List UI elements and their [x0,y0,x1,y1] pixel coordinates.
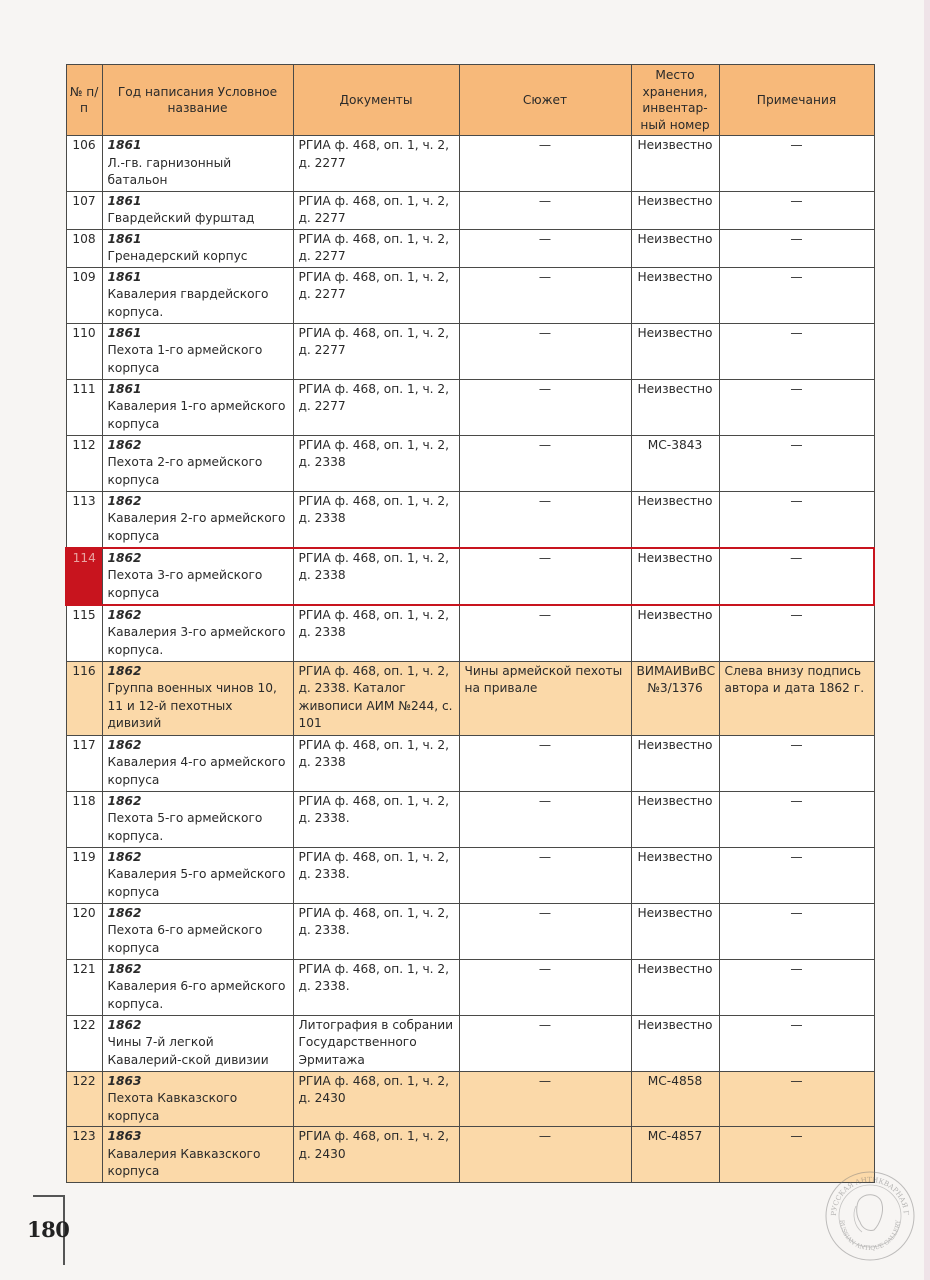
row-year: 1861 [108,325,288,343]
row-notes: Слева внизу подпись автора и дата 1862 г… [719,661,874,735]
row-year-title: 1862Кавалерия 4-го армейского корпуса [102,735,293,791]
row-year: 1862 [108,793,288,811]
row-documents: РГИА ф. 468, оп. 1, ч. 2, д. 2338 [293,491,459,548]
row-documents: РГИА ф. 468, оп. 1, ч. 2, д. 2338 [293,735,459,791]
row-title: Пехота 1-го армейского корпуса [108,343,263,375]
row-year-title: 1862Пехота 5-го армейского корпуса. [102,791,293,847]
row-year: 1861 [108,381,288,399]
row-title: Кавалерия 5-го армейского корпуса [108,867,286,899]
row-plot: — [459,435,631,491]
row-documents: РГИА ф. 468, оп. 1, ч. 2, д. 2277 [293,191,459,229]
row-title: Пехота 2-го армейского корпуса [108,455,263,487]
row-title: Л.-гв. гарнизонный батальон [108,156,232,188]
row-title: Кавалерия 3-го армейского корпуса. [108,625,286,657]
row-year: 1862 [108,737,288,755]
row-documents: РГИА ф. 468, оп. 1, ч. 2, д. 2277 [293,323,459,379]
row-plot: — [459,847,631,903]
row-title: Кавалерия 4-го армейского корпуса [108,755,286,787]
row-documents: РГИА ф. 468, оп. 1, ч. 2, д. 2277 [293,267,459,323]
header-storage-place: Место хранения, инвентар-ный номер [631,65,719,136]
row-storage-place: МС-4857 [631,1127,719,1183]
header-plot: Сюжет [459,65,631,136]
row-title: Пехота Кавказского корпуса [108,1091,238,1123]
header-documents: Документы [293,65,459,136]
row-storage-place: ВИМАИВиВС №3/1376 [631,661,719,735]
row-notes: — [719,847,874,903]
row-plot: — [459,903,631,959]
row-documents: РГИА ф. 468, оп. 1, ч. 2, д. 2338 [293,548,459,605]
row-title: Кавалерия Кавказского корпуса [108,1147,261,1179]
row-number: 110 [66,323,102,379]
row-number: 117 [66,735,102,791]
row-number: 121 [66,959,102,1015]
page-edge [924,0,930,1280]
row-year-title: 1861Гвардейский фурштад [102,191,293,229]
row-notes: — [719,1071,874,1127]
row-storage-place: Неизвестно [631,267,719,323]
row-number: 109 [66,267,102,323]
row-plot: — [459,379,631,435]
table-row: 1231863Кавалерия Кавказского корпусаРГИА… [66,1127,874,1183]
row-storage-place: Неизвестно [631,136,719,192]
row-documents: РГИА ф. 468, оп. 1, ч. 2, д. 2277 [293,136,459,192]
row-plot: — [459,191,631,229]
row-year: 1863 [108,1073,288,1091]
row-storage-place: Неизвестно [631,791,719,847]
row-year-title: 1862Кавалерия 2-го армейского корпуса [102,491,293,548]
row-year: 1861 [108,269,288,287]
row-storage-place: Неизвестно [631,548,719,605]
row-plot: — [459,1127,631,1183]
table-row: 1071861Гвардейский фурштадРГИА ф. 468, о… [66,191,874,229]
row-title: Кавалерия 1-го армейского корпуса [108,399,286,431]
row-notes: — [719,959,874,1015]
row-plot: — [459,1015,631,1071]
row-year-title: 1861Гренадерский корпус [102,229,293,267]
row-title: Кавалерия 2-го армейского корпуса [108,511,286,543]
row-year: 1862 [108,849,288,867]
row-title: Группа военных чинов 10, 11 и 12-й пехот… [108,681,277,730]
table-row: 1211862Кавалерия 6-го армейского корпуса… [66,959,874,1015]
row-year-title: 1862Пехота 6-го армейского корпуса [102,903,293,959]
row-documents: РГИА ф. 468, оп. 1, ч. 2, д. 2430 [293,1127,459,1183]
header-number: № п/п [66,65,102,136]
row-documents: РГИА ф. 468, оп. 1, ч. 2, д. 2338 [293,435,459,491]
row-year: 1863 [108,1128,288,1146]
row-title: Пехота 3-го армейского корпуса [108,568,263,600]
row-year: 1862 [108,961,288,979]
row-notes: — [719,323,874,379]
table-row: 1131862Кавалерия 2-го армейского корпуса… [66,491,874,548]
row-notes: — [719,1015,874,1071]
table-row: 1121862Пехота 2-го армейского корпусаРГИ… [66,435,874,491]
row-title: Пехота 5-го армейского корпуса. [108,811,263,843]
row-storage-place: Неизвестно [631,323,719,379]
row-number: 116 [66,661,102,735]
folio-rule [33,1195,64,1197]
row-year: 1861 [108,193,288,211]
row-number: 108 [66,229,102,267]
table-row: 1171862Кавалерия 4-го армейского корпуса… [66,735,874,791]
row-plot: — [459,959,631,1015]
row-notes: — [719,605,874,662]
row-storage-place: Неизвестно [631,847,719,903]
table-row: 1061861Л.-гв. гарнизонный батальонРГИА ф… [66,136,874,192]
row-year: 1862 [108,607,288,625]
row-notes: — [719,267,874,323]
row-documents: РГИА ф. 468, оп. 1, ч. 2, д. 2338. [293,847,459,903]
row-plot: — [459,735,631,791]
row-year: 1861 [108,137,288,155]
row-year-title: 1863Пехота Кавказского корпуса [102,1071,293,1127]
row-storage-place: МС-4858 [631,1071,719,1127]
row-notes: — [719,735,874,791]
svg-text:РУССКАЯ АНТИКВАРНАЯ ГАЛЕРЕЯ: РУССКАЯ АНТИКВАРНАЯ ГАЛЕРЕЯ [822,1168,910,1216]
row-year-title: 1862Чины 7-й легкой Кавалерий-ской дивиз… [102,1015,293,1071]
row-notes: — [719,548,874,605]
row-number: 113 [66,491,102,548]
row-year-title: 1862Кавалерия 3-го армейского корпуса. [102,605,293,662]
row-year: 1862 [108,493,288,511]
row-documents: РГИА ф. 468, оп. 1, ч. 2, д. 2338. [293,903,459,959]
table-row: 1191862Кавалерия 5-го армейского корпуса… [66,847,874,903]
row-number: 119 [66,847,102,903]
row-storage-place: Неизвестно [631,491,719,548]
row-title: Чины 7-й легкой Кавалерий-ской дивизии [108,1035,269,1067]
row-year-title: 1861Кавалерия гвардейского корпуса. [102,267,293,323]
row-title: Гренадерский корпус [108,249,248,263]
table-row: 1221862Чины 7-й легкой Кавалерий-ской ди… [66,1015,874,1071]
row-number: 112 [66,435,102,491]
row-plot: — [459,136,631,192]
row-year: 1862 [108,663,288,681]
row-year-title: 1862Пехота 2-го армейского корпуса [102,435,293,491]
row-storage-place: Неизвестно [631,605,719,662]
row-documents: РГИА ф. 468, оп. 1, ч. 2, д. 2338. [293,959,459,1015]
row-plot: — [459,605,631,662]
table-row: 1221863Пехота Кавказского корпусаРГИА ф.… [66,1071,874,1127]
row-year-title: 1862Группа военных чинов 10, 11 и 12-й п… [102,661,293,735]
row-plot: — [459,323,631,379]
row-year: 1862 [108,437,288,455]
row-year-title: 1861Пехота 1-го армейского корпуса [102,323,293,379]
row-title: Гвардейский фурштад [108,211,255,225]
table-row: 1111861Кавалерия 1-го армейского корпуса… [66,379,874,435]
row-documents: Литография в собрании Государственного Э… [293,1015,459,1071]
row-documents: РГИА ф. 468, оп. 1, ч. 2, д. 2430 [293,1071,459,1127]
row-title: Пехота 6-го армейского корпуса [108,923,263,955]
row-plot: — [459,791,631,847]
row-documents: РГИА ф. 468, оп. 1, ч. 2, д. 2277 [293,379,459,435]
row-number: 120 [66,903,102,959]
row-year: 1862 [108,550,288,568]
row-number: 111 [66,379,102,435]
gallery-seal-icon: РУССКАЯ АНТИКВАРНАЯ ГАЛЕРЕЯ RUSSIAN ANTI… [822,1168,918,1264]
row-number: 114 [66,548,102,605]
table-row: 1091861Кавалерия гвардейского корпуса.РГ… [66,267,874,323]
row-notes: — [719,491,874,548]
row-plot: — [459,548,631,605]
table-row: 1181862Пехота 5-го армейского корпуса.РГ… [66,791,874,847]
row-plot: Чины армейской пехоты на привале [459,661,631,735]
row-documents: РГИА ф. 468, оп. 1, ч. 2, д. 2277 [293,229,459,267]
table-header-row: № п/п Год написания Условное название До… [66,65,874,136]
row-storage-place: Неизвестно [631,191,719,229]
row-year-title: 1862Кавалерия 6-го армейского корпуса. [102,959,293,1015]
row-plot: — [459,267,631,323]
row-number: 118 [66,791,102,847]
row-storage-place: Неизвестно [631,1015,719,1071]
row-notes: — [719,791,874,847]
table-row: 1201862Пехота 6-го армейского корпусаРГИ… [66,903,874,959]
table-row: 1141862Пехота 3-го армейского корпусаРГИ… [66,548,874,605]
row-documents: РГИА ф. 468, оп. 1, ч. 2, д. 2338. [293,791,459,847]
row-year-title: 1861Л.-гв. гарнизонный батальон [102,136,293,192]
row-storage-place: Неизвестно [631,229,719,267]
row-year-title: 1861Кавалерия 1-го армейского корпуса [102,379,293,435]
row-year: 1862 [108,1017,288,1035]
row-title: Кавалерия гвардейского корпуса. [108,287,269,319]
row-number: 107 [66,191,102,229]
row-notes: — [719,229,874,267]
catalog-table: № п/п Год написания Условное название До… [65,64,875,1183]
row-title: Кавалерия 6-го армейского корпуса. [108,979,286,1011]
row-number: 123 [66,1127,102,1183]
row-notes: — [719,191,874,229]
header-year-title: Год написания Условное название [102,65,293,136]
svg-text:RUSSIAN ANTIQUE GALLERY: RUSSIAN ANTIQUE GALLERY [838,1219,902,1252]
row-number: 115 [66,605,102,662]
row-plot: — [459,491,631,548]
row-storage-place: Неизвестно [631,903,719,959]
row-storage-place: Неизвестно [631,735,719,791]
row-notes: — [719,435,874,491]
row-year-title: 1862Кавалерия 5-го армейского корпуса [102,847,293,903]
table-row: 1151862Кавалерия 3-го армейского корпуса… [66,605,874,662]
row-year: 1861 [108,231,288,249]
row-documents: РГИА ф. 468, оп. 1, ч. 2, д. 2338 [293,605,459,662]
row-storage-place: Неизвестно [631,959,719,1015]
row-notes: — [719,379,874,435]
row-year-title: 1863Кавалерия Кавказского корпуса [102,1127,293,1183]
row-number: 122 [66,1015,102,1071]
table-row: 1161862Группа военных чинов 10, 11 и 12-… [66,661,874,735]
page-number: 180 [27,1217,69,1242]
header-notes: Примечания [719,65,874,136]
table-row: 1081861Гренадерский корпусРГИА ф. 468, о… [66,229,874,267]
row-plot: — [459,1071,631,1127]
row-storage-place: Неизвестно [631,379,719,435]
row-documents: РГИА ф. 468, оп. 1, ч. 2, д. 2338. Катал… [293,661,459,735]
row-year-title: 1862Пехота 3-го армейского корпуса [102,548,293,605]
row-notes: — [719,903,874,959]
row-year: 1862 [108,905,288,923]
row-notes: — [719,136,874,192]
row-plot: — [459,229,631,267]
row-number: 106 [66,136,102,192]
row-number: 122 [66,1071,102,1127]
table-row: 1101861Пехота 1-го армейского корпусаРГИ… [66,323,874,379]
row-storage-place: МС-3843 [631,435,719,491]
